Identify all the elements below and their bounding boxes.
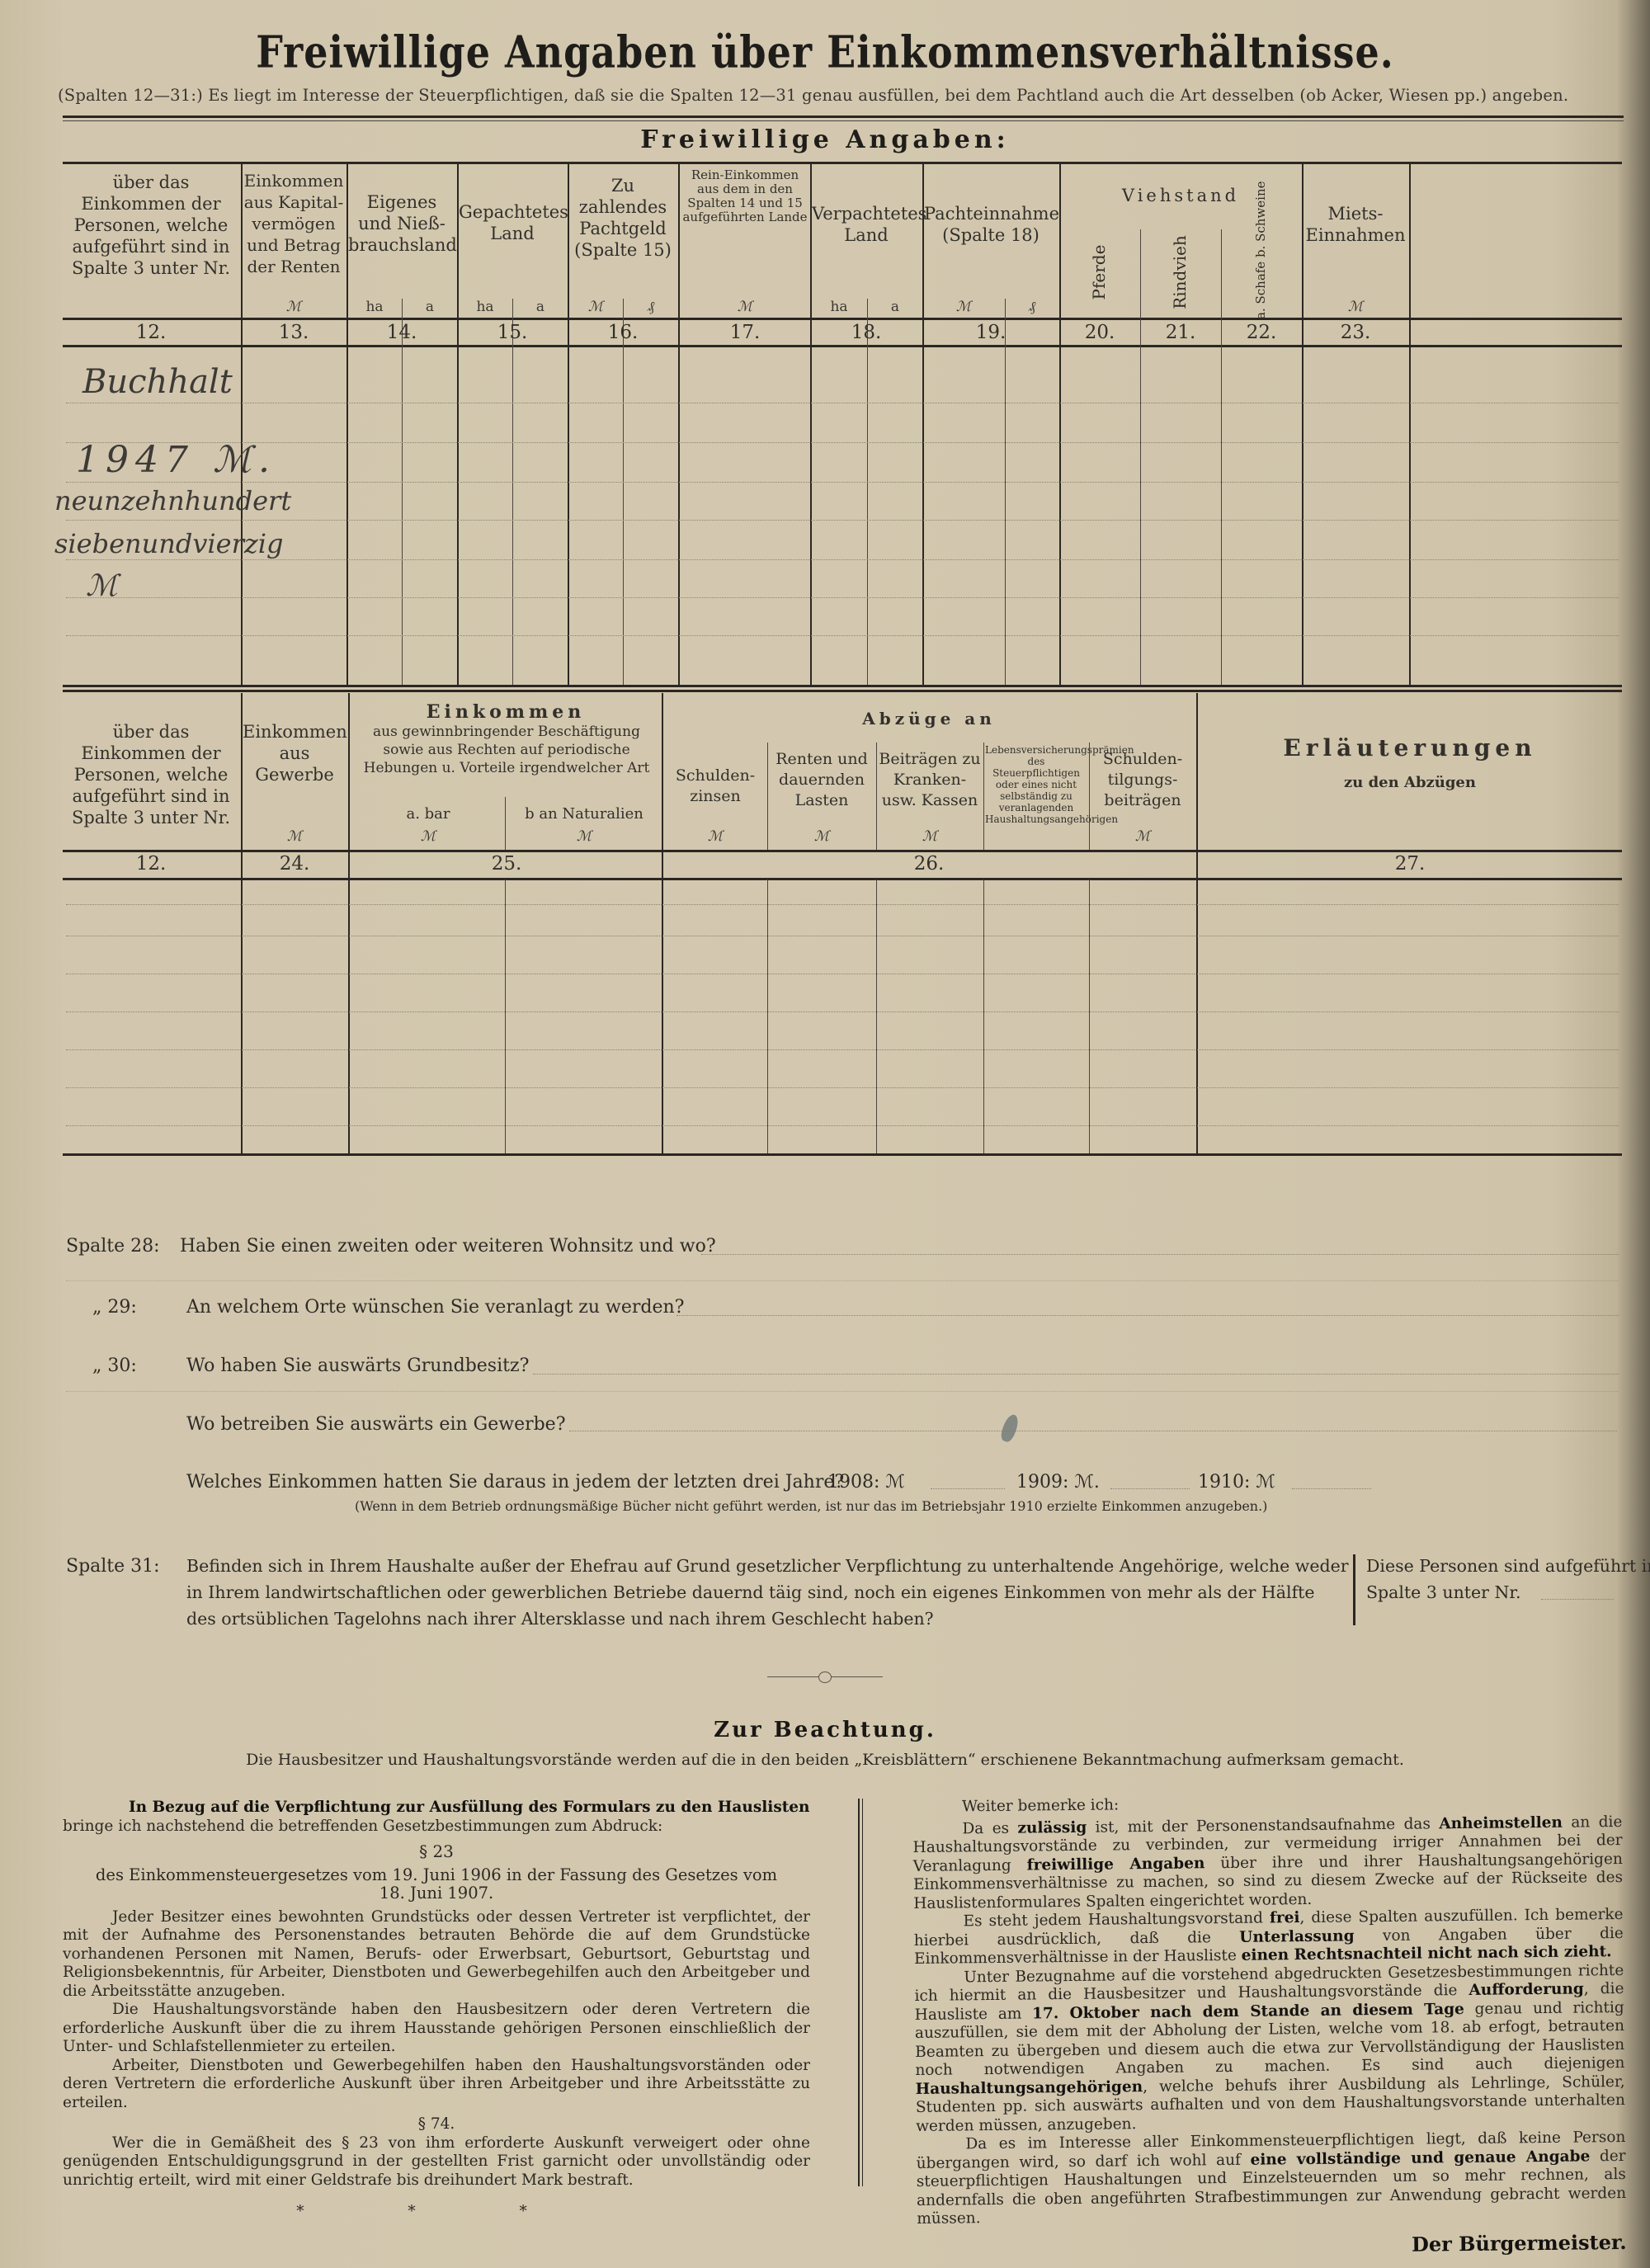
page-title: Freiwillige Angaben über Einkommensverhä… (0, 26, 1650, 78)
row-guide (66, 559, 1619, 560)
answer-field-28[interactable] (701, 1254, 1619, 1255)
question-31-line1: Befinden sich in Ihrem Haushalte außer d… (186, 1556, 1349, 1576)
question-30: Wo haben Sie auswärts Grundbesitz? (186, 1356, 529, 1376)
bold-text: frei (1270, 1909, 1300, 1926)
col-number: 20. (1061, 322, 1138, 343)
unit-mark: ℳ (351, 828, 505, 845)
subcol-divider (983, 879, 984, 1153)
handwritten-line: siebenundvierzig (54, 528, 283, 559)
col-number: 12. (63, 322, 239, 343)
unit-pfennig: ₰ (625, 299, 677, 315)
row-guide (66, 442, 1619, 443)
question-29: An welchem Orte wünschen Sie veranlagt z… (186, 1297, 684, 1318)
header-rule (63, 116, 1624, 118)
question-income-years: Welches Einkommen hatten Sie daraus in j… (186, 1472, 844, 1492)
table1-top-rule (63, 162, 1622, 164)
section-title: Freiwillige Angaben: (0, 125, 1650, 154)
text: Es steht jedem Haushaltungsvorstand (963, 1909, 1270, 1930)
subcol-divider (876, 879, 877, 1153)
col15-header: Gepachtetes Land (459, 201, 566, 244)
col-number: 15. (459, 322, 566, 343)
subcol-divider (505, 797, 506, 850)
side-note-line1: Diese Personen sind aufgeführt in (1366, 1556, 1650, 1576)
table2-header-rule (63, 850, 1622, 852)
col-divider (1059, 163, 1061, 685)
col-divider-thin (1140, 229, 1141, 685)
document-page: Freiwillige Angaben über Einkommensverhä… (0, 0, 1650, 2268)
row-guide (66, 1125, 1619, 1126)
question-label: „ 30: (92, 1356, 137, 1376)
row-guide (66, 904, 1619, 905)
notice-title: Zur Beachtung. (0, 1718, 1650, 1742)
table2-top-rule (63, 690, 1622, 692)
col21-header: Rindvieh (1170, 231, 1190, 314)
col13-header: Einkommen aus Kapital-vermögen und Betra… (243, 170, 345, 277)
label-1908: 1908: ℳ (827, 1472, 905, 1492)
erlaeuterungen-header: Erläuterungen (1198, 738, 1622, 759)
col-number: 12. (63, 853, 239, 875)
col-number: 23. (1303, 322, 1407, 343)
handwritten-line: Buchhalt (82, 363, 233, 401)
side-note-line2: Spalte 3 unter Nr. (1366, 1582, 1520, 1602)
col26-krankenkassen: Beiträgen zu Kranken-usw. Kassen (878, 749, 982, 811)
question-label: „ 29: (92, 1297, 137, 1318)
col26-lebensversicherung: Lebensversicherungsprämien des Steuerpfl… (985, 744, 1087, 825)
subcol-divider (767, 743, 768, 850)
question-label: Spalte 28: (66, 1236, 160, 1257)
col-divider (348, 693, 350, 1153)
ink-blot (999, 1412, 1021, 1443)
paragraph: Da es zulässig ist, mit der Personenstan… (912, 1813, 1623, 1912)
subcol-divider (767, 879, 768, 1153)
einkommen-group-header: Einkommen (351, 701, 660, 723)
unit-mark: ℳ (878, 828, 982, 845)
paragraph: Wer die in Gemäßheit des § 23 von ihm er… (63, 2134, 810, 2190)
col-divider (678, 163, 680, 685)
text: ist, mit der Personenstandsaufnahme das (1087, 1815, 1439, 1836)
subcol-divider (1005, 299, 1006, 685)
col-number: 17. (681, 322, 808, 343)
paragraph-23-heading: § 23 (63, 1842, 810, 1861)
answer-field-29[interactable] (676, 1315, 1619, 1316)
row-guide (66, 520, 1619, 521)
col-number: 21. (1142, 322, 1219, 343)
unit-mark: ℳ (1303, 299, 1407, 315)
bold-text: einen Rechtsnachteil nicht nach sich zie… (1242, 1943, 1612, 1964)
question-label: Spalte 31: (66, 1556, 160, 1577)
abzuege-group-header: Abzüge an (663, 708, 1195, 729)
answer-field-1909[interactable] (1110, 1488, 1190, 1489)
unit-ha: ha (348, 299, 401, 315)
row-guide (66, 936, 1619, 936)
unit-a: a (869, 299, 922, 315)
col-number: 27. (1198, 853, 1622, 875)
row-guide (66, 482, 1619, 483)
brace-icon (1353, 1554, 1355, 1625)
question-31-line2: in Ihrem landwirtschaftlichen oder gewer… (186, 1582, 1315, 1602)
bold-text: eine vollständige und genaue Angabe (1250, 2148, 1590, 2168)
paragraph: Da es im Interesse aller Einkommensteuer… (916, 2129, 1626, 2228)
unit-mark: ℳ (243, 299, 345, 315)
label-1909: 1909: ℳ. (1016, 1472, 1100, 1492)
unit-mark: ℳ (924, 299, 1003, 315)
col14-header: Eigenes und Nieß-brauchsland (348, 191, 455, 256)
col-divider (662, 693, 663, 1153)
notice-intro: Die Hausbesitzer und Haushaltungsvorstän… (0, 1751, 1650, 1769)
row-guide (66, 1011, 1619, 1012)
table2-bottom-rule (63, 1153, 1622, 1156)
subcol-divider (1089, 743, 1090, 850)
lead-rest: bringe ich nachstehend die betreffenden … (63, 1818, 810, 1837)
table2-number-rule (63, 878, 1622, 880)
header-rule-thin (63, 120, 1624, 121)
signature: Der Bürgermeister. (917, 2233, 1627, 2259)
lead-bold: In Bezug auf die Verpflichtung zur Ausfü… (129, 1799, 810, 1816)
ornament-icon (818, 1672, 832, 1683)
col12-header: über das Einkommen der Personen, welche … (63, 721, 239, 828)
col-number: 26. (663, 853, 1195, 875)
col-divider (1409, 163, 1411, 685)
col-number: 25. (351, 853, 662, 875)
col17-header: Rein-Einkommen aus dem in den Spalten 14… (681, 168, 808, 224)
paragraph: Die Haushaltungsvorstände haben den Haus… (63, 2001, 810, 2057)
col25b-header: b an Naturalien (507, 804, 662, 825)
col-divider-thin (1221, 229, 1222, 685)
unit-mark: ℳ (1091, 828, 1195, 845)
bold-text: Anheimstellen (1439, 1813, 1563, 1832)
column-divider (862, 1799, 863, 2186)
col-number: 14. (348, 322, 455, 343)
subcol-divider (505, 879, 506, 1153)
table1-number-rule (63, 345, 1622, 347)
question-gewerbe: Wo betreiben Sie auswärts ein Gewerbe? (186, 1414, 566, 1435)
notice-right-column: Weiter bemerke ich: Da es zulässig ist, … (912, 1791, 1627, 2259)
col-number: 16. (569, 322, 676, 343)
row-guide (66, 1280, 1619, 1281)
opening: Weiter bemerke ich: (912, 1791, 1622, 1818)
answer-field-30[interactable] (533, 1374, 1619, 1374)
paragraph: Jeder Besitzer eines bewohnten Grundstüc… (63, 1908, 810, 2002)
subcol-divider (1089, 879, 1090, 1153)
col26-schuldentilgung: Schulden-tilgungs-beiträgen (1091, 749, 1195, 811)
question-31-line3: des ortsüblichen Tagelohns nach ihrer Al… (186, 1609, 934, 1629)
row-guide (66, 974, 1619, 974)
col12-header: über das Einkommen der Personen, welche … (63, 172, 239, 279)
asterisk-divider: * * * (63, 2203, 810, 2222)
row-guide (66, 635, 1619, 636)
col26-renten: Renten und dauernden Lasten (769, 749, 874, 811)
unit-mark: ℳ (243, 828, 346, 845)
col-number: 18. (812, 322, 921, 343)
instruction-line: (Spalten 12—31:) Es liegt im Interesse d… (58, 86, 1625, 105)
unit-mark: ℳ (769, 828, 874, 845)
unit-mark: ℳ (507, 828, 662, 845)
handwritten-line: ℳ (86, 569, 118, 603)
handwritten-amount: 1947 ℳ. (76, 439, 276, 481)
answer-field-1910[interactable] (1292, 1488, 1371, 1489)
column-divider (858, 1799, 860, 2186)
col18-header: Verpachtetes Land (812, 203, 921, 246)
erlaeuterungen-subtitle: zu den Abzügen (1198, 772, 1622, 794)
col-divider (1196, 693, 1198, 1153)
col19-header: Pachteinnahme (Spalte 18) (924, 203, 1058, 246)
bold-text: Unterlassung (1239, 1927, 1355, 1945)
unit-mark: ℳ (569, 299, 622, 315)
col20-header: Pferde (1089, 231, 1109, 314)
col16-header: Zu zahlendes Pachtgeld (Spalte 15) (569, 175, 676, 261)
question-28: Haben Sie einen zweiten oder weiteren Wo… (180, 1236, 716, 1257)
unit-pfennig: ₰ (1006, 299, 1058, 315)
answer-field-1908[interactable] (931, 1488, 1005, 1489)
table1-bottom-rule (63, 685, 1622, 687)
col-number: 19. (924, 322, 1058, 343)
paragraph: Es steht jedem Haushaltungsvorstand frei… (913, 1906, 1624, 1969)
answer-field-gewerbe[interactable] (569, 1431, 1617, 1431)
subcol-divider (402, 299, 403, 685)
bold-text: Haushaltungsangehörigen (916, 2078, 1143, 2098)
col-number: 13. (243, 322, 345, 343)
answer-field-31[interactable] (1541, 1599, 1614, 1600)
row-guide (66, 403, 1619, 403)
unit-a: a (514, 299, 567, 315)
unit-mark: ℳ (665, 828, 766, 845)
bold-text: freiwillige Angaben (1027, 1855, 1205, 1874)
col24-header: Einkommen aus Gewerbe (243, 721, 346, 785)
paragraph-74-heading: § 74. (63, 2115, 810, 2134)
col23-header: Miets-Einnahmen (1303, 203, 1407, 246)
col26-schuldenzinsen: Schulden-zinsen (665, 766, 766, 807)
bold-text: zulässig (1017, 1818, 1087, 1837)
col22-header: a. Schafe b. Schweine (1253, 220, 1268, 319)
row-guide (66, 1391, 1619, 1392)
subcol-divider (867, 299, 868, 685)
notice-left-column: In Bezug auf die Verpflichtung zur Ausfü… (63, 1799, 810, 2222)
subcol-divider (623, 299, 624, 685)
col25a-header: a. bar (351, 804, 505, 825)
row-guide (66, 1049, 1619, 1050)
paragraph: Unter Bezugnahme auf die vorstehend abge… (914, 1961, 1625, 2135)
unit-a: a (403, 299, 456, 315)
bold-text: Aufforderung (1468, 1980, 1584, 1998)
row-guide (66, 1087, 1619, 1088)
law-reference: des Einkommensteuergesetzes vom 19. Juni… (63, 1866, 810, 1885)
income-note: (Wenn in dem Betrieb ordnungsmäßige Büch… (355, 1498, 1267, 1514)
row-guide (66, 597, 1619, 598)
subcol-divider (876, 743, 877, 850)
label-1910: 1910: ℳ (1198, 1472, 1275, 1492)
paragraph: Arbeiter, Dienstboten und Gewerbegehilfe… (63, 2057, 810, 2113)
col-number: 22. (1223, 322, 1300, 343)
subcol-divider (512, 299, 513, 685)
unit-mark: ℳ (681, 299, 808, 315)
table1-header-rule (63, 318, 1622, 320)
unit-ha: ha (812, 299, 866, 315)
handwritten-line: neunzehnhundert (54, 485, 291, 516)
law-reference-date: 18. Juni 1907. (63, 1884, 810, 1903)
einkommen-description: aus gewinnbringender Beschäftigung sowie… (358, 723, 655, 777)
col-number: 24. (243, 853, 346, 875)
text: Da es (962, 1819, 1017, 1837)
subcol-divider (983, 743, 984, 850)
unit-ha: ha (459, 299, 511, 315)
